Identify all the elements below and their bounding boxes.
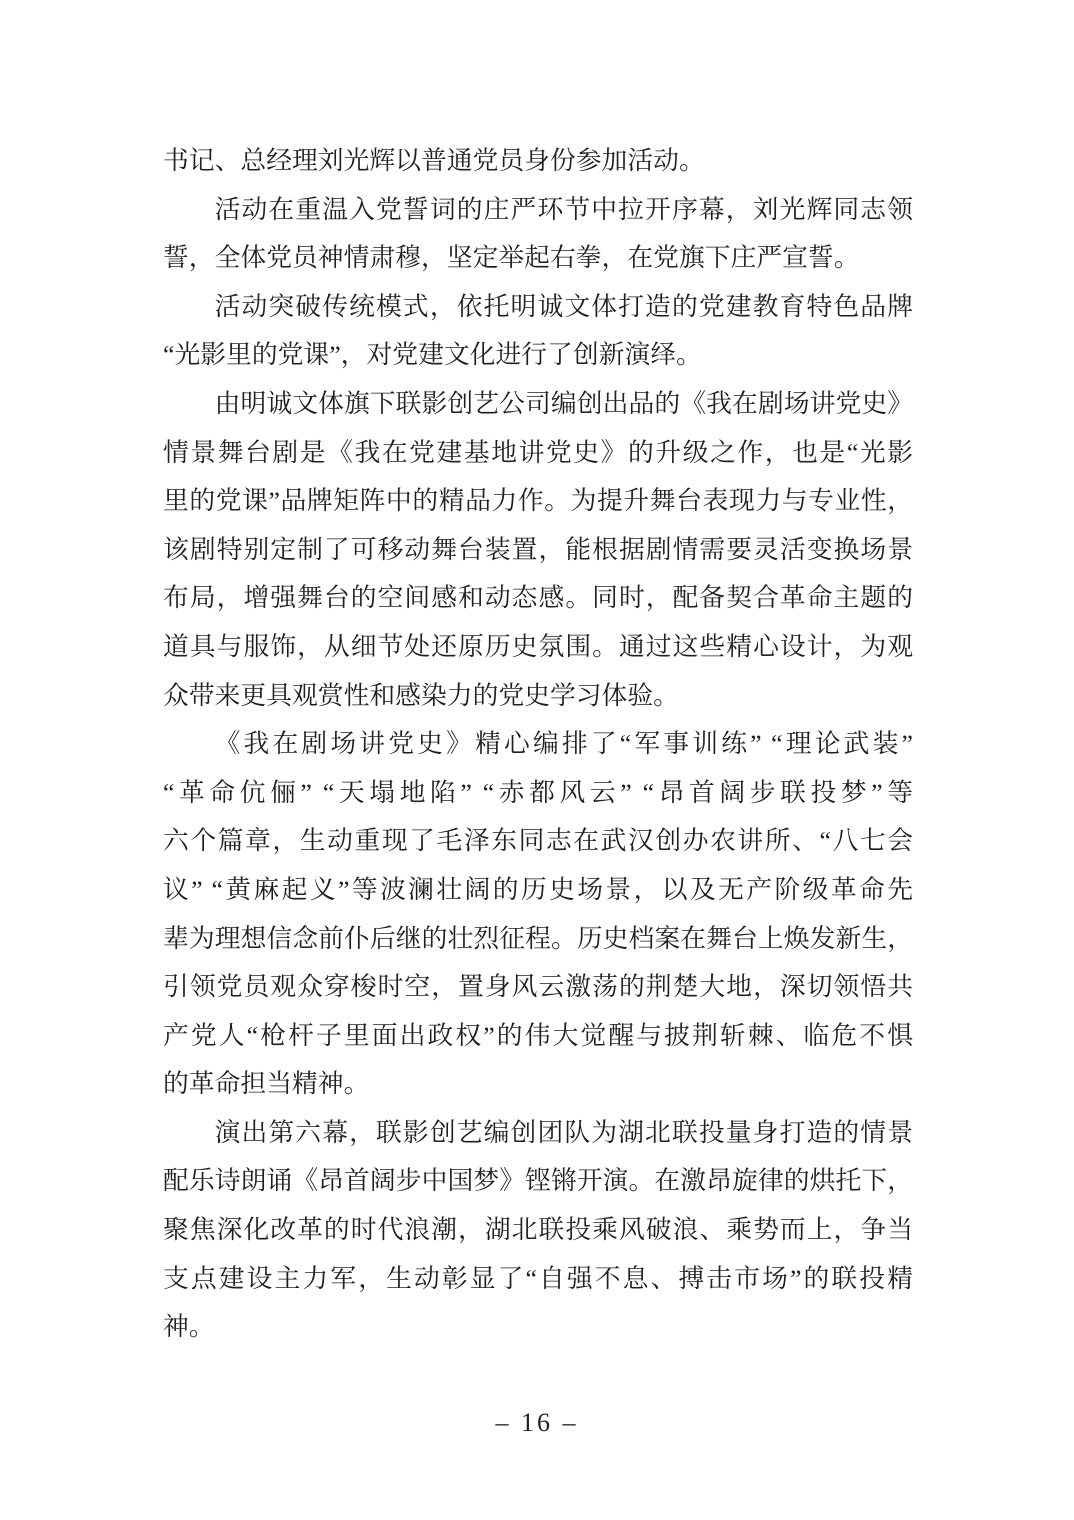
page-number: – 16 – [496, 1408, 579, 1437]
paragraph: 由明诚文体旗下联影创艺公司编创出品的《我在剧场讲党史》情景舞台剧是《我在党建基地… [163, 380, 913, 720]
text-line: 的革命担当精神。 [163, 1060, 913, 1109]
text-line: 支点建设主力军，生动彰显了“自强不息、搏击市场”的联投精 [163, 1255, 913, 1304]
text-line: 辈为理想信念前仆后继的壮烈征程。历史档案在舞台上焕发新生， [163, 915, 913, 964]
text-line: 配乐诗朗诵《昂首阔步中国梦》铿锵开演。在激昂旋律的烘托下， [163, 1157, 913, 1206]
text-line: 书记、总经理刘光辉以普通党员身份参加活动。 [163, 137, 913, 186]
text-line: 产党人“枪杆子里面出政权”的伟大觉醒与披荆斩棘、临危不惧 [163, 1012, 913, 1061]
paragraph: 书记、总经理刘光辉以普通党员身份参加活动。 [163, 137, 913, 186]
page-footer: – 16 – [0, 1406, 1074, 1440]
text-line: 聚焦深化改革的时代浪潮，湖北联投乘风破浪、乘势而上，争当 [163, 1206, 913, 1255]
text-line: 引领党员观众穿梭时空，置身风云激荡的荆楚大地，深切领悟共 [163, 963, 913, 1012]
text-line: 六个篇章，生动重现了毛泽东同志在武汉创办农讲所、“八七会 [163, 817, 913, 866]
text-line: 《我在剧场讲党史》精心编排了“军事训练” “理论武装” [163, 720, 913, 769]
text-line: 该剧特别定制了可移动舞台装置，能根据剧情需要灵活变换场景 [163, 526, 913, 575]
text-line: 里的党课”品牌矩阵中的精品力作。为提升舞台表现力与专业性， [163, 477, 913, 526]
text-line: 道具与服饰，从细节处还原历史氛围。通过这些精心设计，为观 [163, 623, 913, 672]
text-line: 活动突破传统模式，依托明诚文体打造的党建教育特色品牌 [163, 283, 913, 332]
paragraph: 《我在剧场讲党史》精心编排了“军事训练” “理论武装”“革命伉俪” “天塌地陷”… [163, 720, 913, 1109]
text-line: 活动在重温入党誓词的庄严环节中拉开序幕，刘光辉同志领 [163, 186, 913, 235]
text-line: “光影里的党课”，对党建文化进行了创新演绎。 [163, 331, 913, 380]
text-line: 誓，全体党员神情肃穆，坚定举起右拳，在党旗下庄严宣誓。 [163, 234, 913, 283]
text-line: 众带来更具观赏性和感染力的党史学习体验。 [163, 672, 913, 721]
paragraph: 活动突破传统模式，依托明诚文体打造的党建教育特色品牌“光影里的党课”，对党建文化… [163, 283, 913, 380]
text-line: 由明诚文体旗下联影创艺公司编创出品的《我在剧场讲党史》 [163, 380, 913, 429]
paragraph: 演出第六幕，联影创艺编创团队为湖北联投量身打造的情景配乐诗朗诵《昂首阔步中国梦》… [163, 1109, 913, 1352]
paragraph: 活动在重温入党誓词的庄严环节中拉开序幕，刘光辉同志领誓，全体党员神情肃穆，坚定举… [163, 186, 913, 283]
document-page: 书记、总经理刘光辉以普通党员身份参加活动。活动在重温入党誓词的庄严环节中拉开序幕… [0, 0, 1074, 1520]
text-line: 演出第六幕，联影创艺编创团队为湖北联投量身打造的情景 [163, 1109, 913, 1158]
text-block: 书记、总经理刘光辉以普通党员身份参加活动。活动在重温入党誓词的庄严环节中拉开序幕… [163, 137, 913, 1352]
text-line: 议” “黄麻起义”等波澜壮阔的历史场景，以及无产阶级革命先 [163, 866, 913, 915]
text-line: 神。 [163, 1303, 913, 1352]
text-line: 布局，增强舞台的空间感和动态感。同时，配备契合革命主题的 [163, 574, 913, 623]
text-line: 情景舞台剧是《我在党建基地讲党史》的升级之作，也是“光影 [163, 429, 913, 478]
text-line: “革命伉俪” “天塌地陷” “赤都风云” “昂首阔步联投梦”等 [163, 769, 913, 818]
